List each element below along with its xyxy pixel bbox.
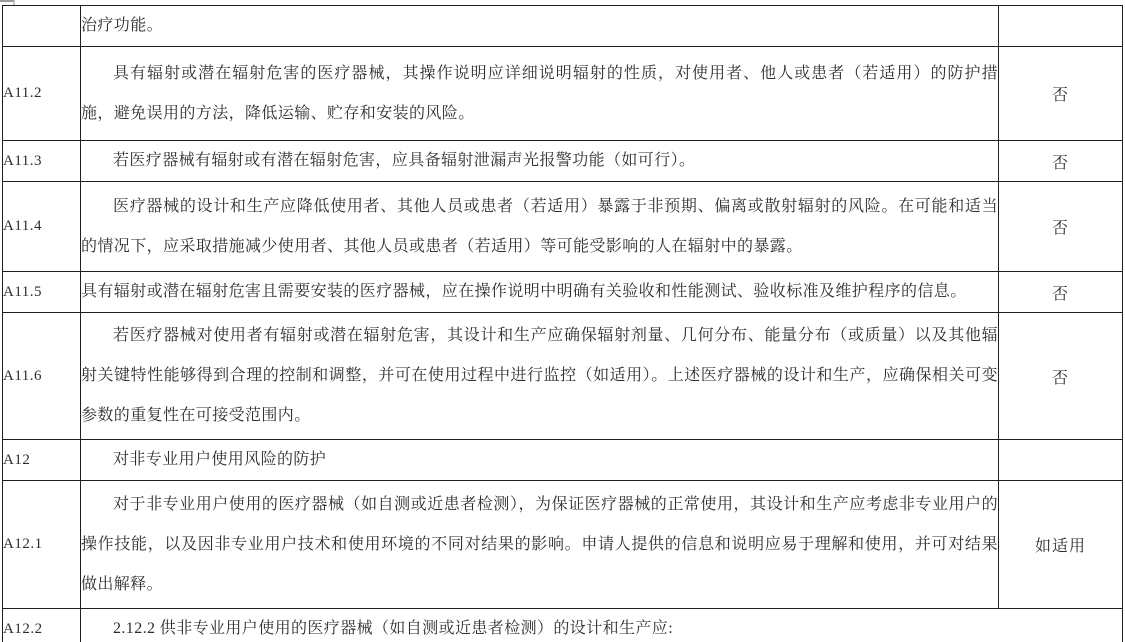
table-row: A11.5具有辐射或潜在辐射危害且需要安装的医疗器械，应在操作说明中明确有关验收… — [3, 272, 1123, 313]
clause-code-cell — [3, 6, 81, 47]
requirement-text-cell: 治疗功能。 — [81, 6, 999, 47]
clause-code-cell: A11.3 — [3, 141, 81, 182]
applicability-cell: 否 — [999, 272, 1123, 313]
requirement-paragraph: 治疗功能。 — [81, 6, 998, 46]
table-row: A11.6若医疗器械对使用者有辐射或潜在辐射危害，其设计和生产应确保辐射剂量、几… — [3, 313, 1123, 440]
clause-code-cell: A11.6 — [3, 313, 81, 440]
requirement-text-cell: 具有辐射或潜在辐射危害且需要安装的医疗器械，应在操作说明中明确有关验收和性能测试… — [81, 272, 999, 313]
requirement-paragraph: 若医疗器械有辐射或有潜在辐射危害，应具备辐射泄漏声光报警功能（如可行）。 — [81, 141, 998, 181]
table-row: A11.3若医疗器械有辐射或有潜在辐射危害，应具备辐射泄漏声光报警功能（如可行）… — [3, 141, 1123, 182]
applicability-cell: 否 — [999, 313, 1123, 440]
clause-code-cell: A12.1 — [3, 481, 81, 609]
clause-code-cell: A11.4 — [3, 182, 81, 272]
table-row: A12对非专业用户使用风险的防护 — [3, 440, 1123, 481]
requirement-paragraph: 对于非专业用户使用的医疗器械（如自测或近患者检测），为保证医疗器械的正常使用，其… — [81, 485, 998, 605]
clause-code-cell: A11.2 — [3, 47, 81, 141]
table-row: A12.1对于非专业用户使用的医疗器械（如自测或近患者检测），为保证医疗器械的正… — [3, 481, 1123, 609]
requirement-paragraph: 对非专业用户使用风险的防护 — [81, 440, 998, 480]
applicability-cell — [999, 440, 1123, 481]
requirement-paragraph: 具有辐射或潜在辐射危害且需要安装的医疗器械，应在操作说明中明确有关验收和性能测试… — [81, 272, 998, 312]
table-row: A11.2具有辐射或潜在辐射危害的医疗器械，其操作说明应详细说明辐射的性质，对使… — [3, 47, 1123, 141]
applicability-cell: 否 — [999, 182, 1123, 272]
requirement-text-cell: 具有辐射或潜在辐射危害的医疗器械，其操作说明应详细说明辐射的性质，对使用者、他人… — [81, 47, 999, 141]
requirement-text-cell: 若医疗器械对使用者有辐射或潜在辐射危害，其设计和生产应确保辐射剂量、几何分布、能… — [81, 313, 999, 440]
requirements-table: 治疗功能。A11.2具有辐射或潜在辐射危害的医疗器械，其操作说明应详细说明辐射的… — [2, 5, 1123, 642]
requirement-text-cell: 2.12.2 供非专业用户使用的医疗器械（如自测或近患者检测）的设计和生产应: — [81, 609, 1123, 642]
applicability-cell: 否 — [999, 141, 1123, 182]
requirement-paragraph: 具有辐射或潜在辐射危害的医疗器械，其操作说明应详细说明辐射的性质，对使用者、他人… — [81, 54, 998, 134]
requirement-paragraph: 2.12.2 供非专业用户使用的医疗器械（如自测或近患者检测）的设计和生产应: — [81, 609, 1122, 642]
applicability-cell — [999, 6, 1123, 47]
requirement-paragraph: 若医疗器械对使用者有辐射或潜在辐射危害，其设计和生产应确保辐射剂量、几何分布、能… — [81, 316, 998, 436]
table-row: A11.4医疗器械的设计和生产应降低使用者、其他人员或患者（若适用）暴露于非预期… — [3, 182, 1123, 272]
requirement-text-cell: 对于非专业用户使用的医疗器械（如自测或近患者检测），为保证医疗器械的正常使用，其… — [81, 481, 999, 609]
applicability-cell: 如适用 — [999, 481, 1123, 609]
requirement-paragraph: 医疗器械的设计和生产应降低使用者、其他人员或患者（若适用）暴露于非预期、偏离或散… — [81, 187, 998, 267]
clause-code-cell: A12.2 — [3, 609, 81, 642]
table-row: A12.22.12.2 供非专业用户使用的医疗器械（如自测或近患者检测）的设计和… — [3, 609, 1123, 642]
requirement-text-cell: 对非专业用户使用风险的防护 — [81, 440, 999, 481]
applicability-cell: 否 — [999, 47, 1123, 141]
table-row: 治疗功能。 — [3, 6, 1123, 47]
clause-code-cell: A12 — [3, 440, 81, 481]
clause-code-cell: A11.5 — [3, 272, 81, 313]
requirement-text-cell: 若医疗器械有辐射或有潜在辐射危害，应具备辐射泄漏声光报警功能（如可行）。 — [81, 141, 999, 182]
requirement-text-cell: 医疗器械的设计和生产应降低使用者、其他人员或患者（若适用）暴露于非预期、偏离或散… — [81, 182, 999, 272]
